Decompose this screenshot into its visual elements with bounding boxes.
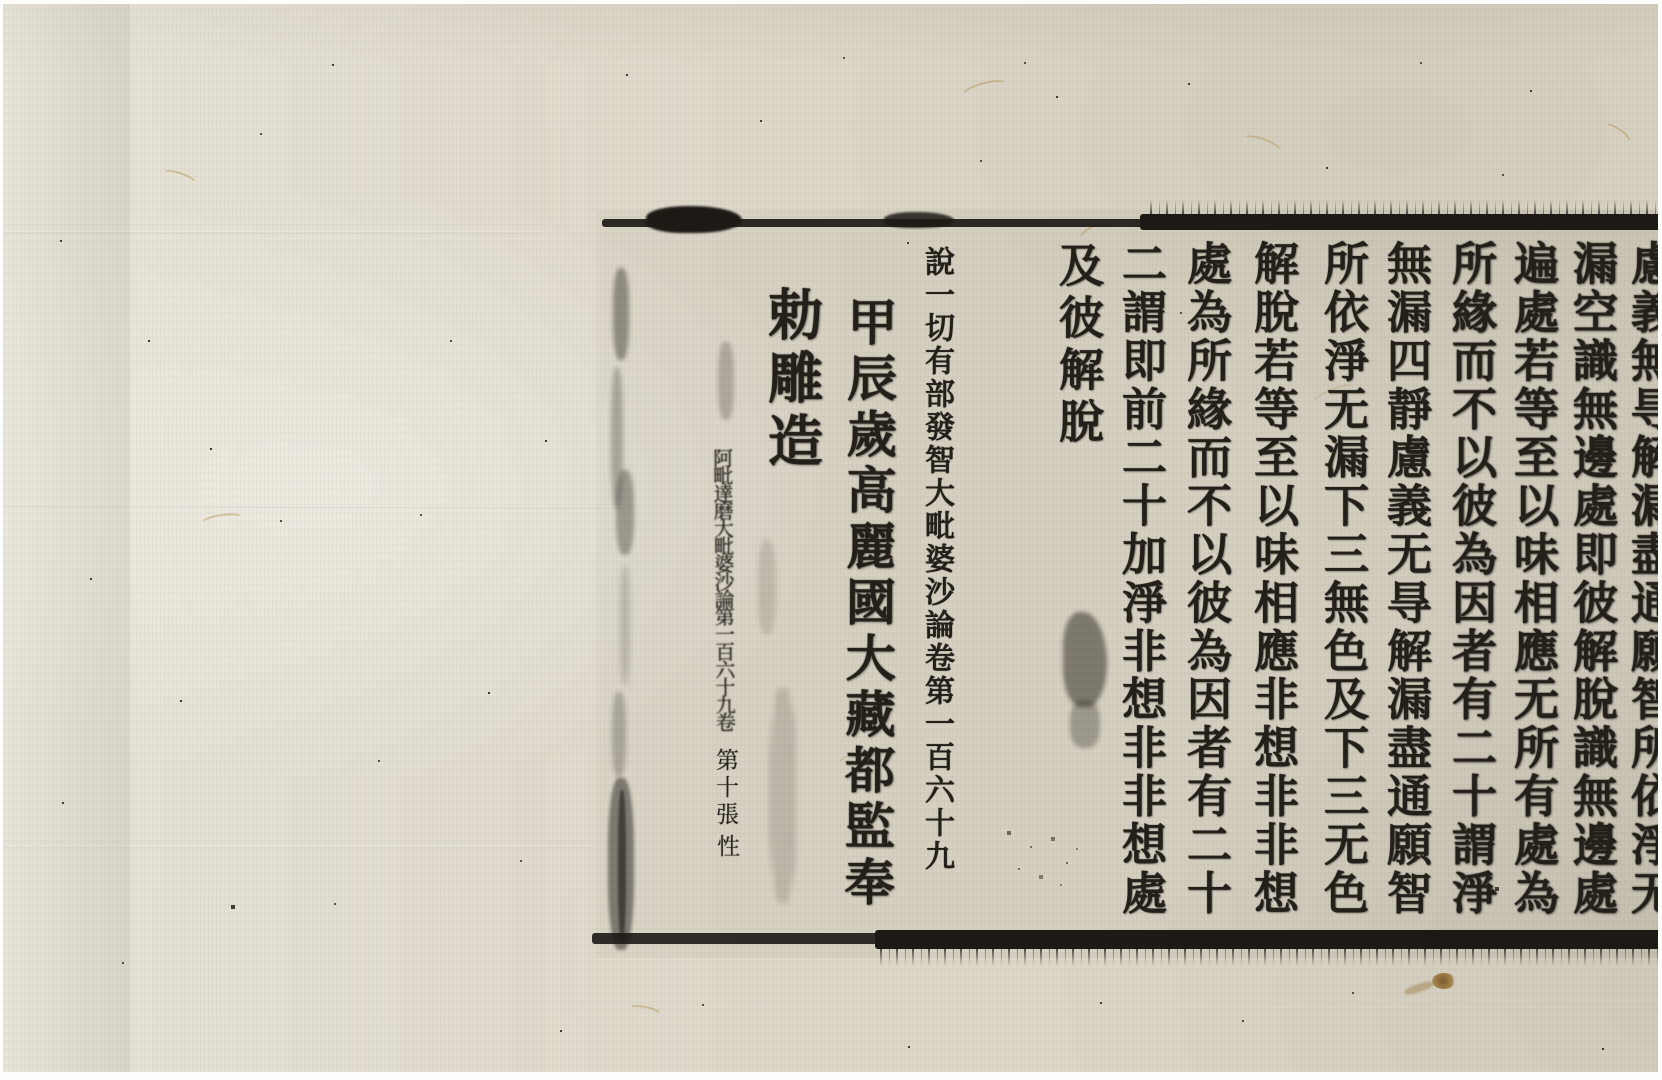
paper-fiber (1239, 131, 1286, 161)
ink-smudge (1070, 700, 1100, 748)
body-text-column-9: 二謂即前二十加淨非想非非想處 (1113, 240, 1167, 918)
paper-background: 慮義無㝵解漏盡通願智所依淨无 漏空識無邊處即彼解脫識無邊處 遍處若等至以味相應无… (0, 0, 1662, 1080)
block-border-top-thick (1140, 214, 1662, 230)
colophon-date-column: 甲辰歲高麗國大藏都監奉 (835, 296, 898, 912)
paper-crease (560, 1000, 1662, 1003)
volume-end-title-column: 說一切有部發智大毗婆沙論卷第一百六十九 (916, 246, 956, 873)
paper-stain (1432, 973, 1456, 989)
paper-crease (0, 845, 592, 848)
paper-fiber (159, 166, 199, 191)
ink-smudge (718, 342, 734, 420)
scan-margin-right (1658, 0, 1662, 1080)
block-border-top-fuzz (1150, 199, 1662, 215)
scan-margin-top (0, 0, 1662, 4)
paper-stain (1403, 980, 1434, 997)
body-text-column-5: 無漏四靜慮義无㝵解漏盡通願智 (1378, 240, 1432, 918)
body-text-column-2: 漏空識無邊處即彼解脫識無邊處 (1564, 240, 1618, 918)
body-text-column-4: 所緣而不以彼為因者有二十謂淨 (1443, 240, 1497, 918)
ink-smudge (612, 692, 626, 777)
ink-smudge (770, 688, 796, 903)
margin-title-column: 阿毗達磨大毗婆沙論第一百六十九卷 (707, 448, 740, 730)
scan-margin-left (0, 0, 3, 1080)
paper-fiber (627, 1003, 663, 1022)
body-text-column-1: 慮義無㝵解漏盡通願智所依淨无 (1622, 240, 1662, 918)
manuscript-scan: 慮義無㝵解漏盡通願智所依淨无 漏空識無邊處即彼解脫識無邊處 遍處若等至以味相應无… (0, 0, 1662, 1080)
paper-fiber (1599, 120, 1635, 151)
body-text-column-7: 解脫若等至以味相應非想非非想 (1245, 240, 1299, 918)
body-text-column-6: 所依淨无漏下三無色及下三无色 (1315, 240, 1369, 918)
margin-case-character: 性 (711, 834, 741, 861)
right-edge-shading (0, 0, 130, 1080)
paper-crease (0, 504, 628, 509)
ink-smudge (613, 268, 629, 360)
block-border-left (618, 790, 626, 940)
block-border-top-blob (646, 206, 742, 233)
ink-smudge (616, 470, 634, 555)
paper-crease (0, 231, 540, 234)
colophon-decree-column: 勅雕造 (759, 286, 823, 475)
body-text-column-3: 遍處若等至以味相應无所有處為 (1505, 240, 1559, 918)
scan-margin-bottom (0, 1072, 1662, 1080)
block-border-top-blob (884, 212, 954, 228)
ink-smudge (620, 565, 630, 685)
paper-fiber (959, 76, 1012, 106)
paper-fiber (199, 511, 245, 531)
body-text-column-10: 及彼解脫 (1050, 242, 1104, 450)
body-text-column-8: 處為所緣而不以彼為因者有二十 (1178, 240, 1232, 918)
ink-smudge (758, 540, 776, 635)
margin-sheet-number: 第十張 (710, 748, 740, 829)
block-border-bottom-fuzz (880, 947, 1662, 967)
